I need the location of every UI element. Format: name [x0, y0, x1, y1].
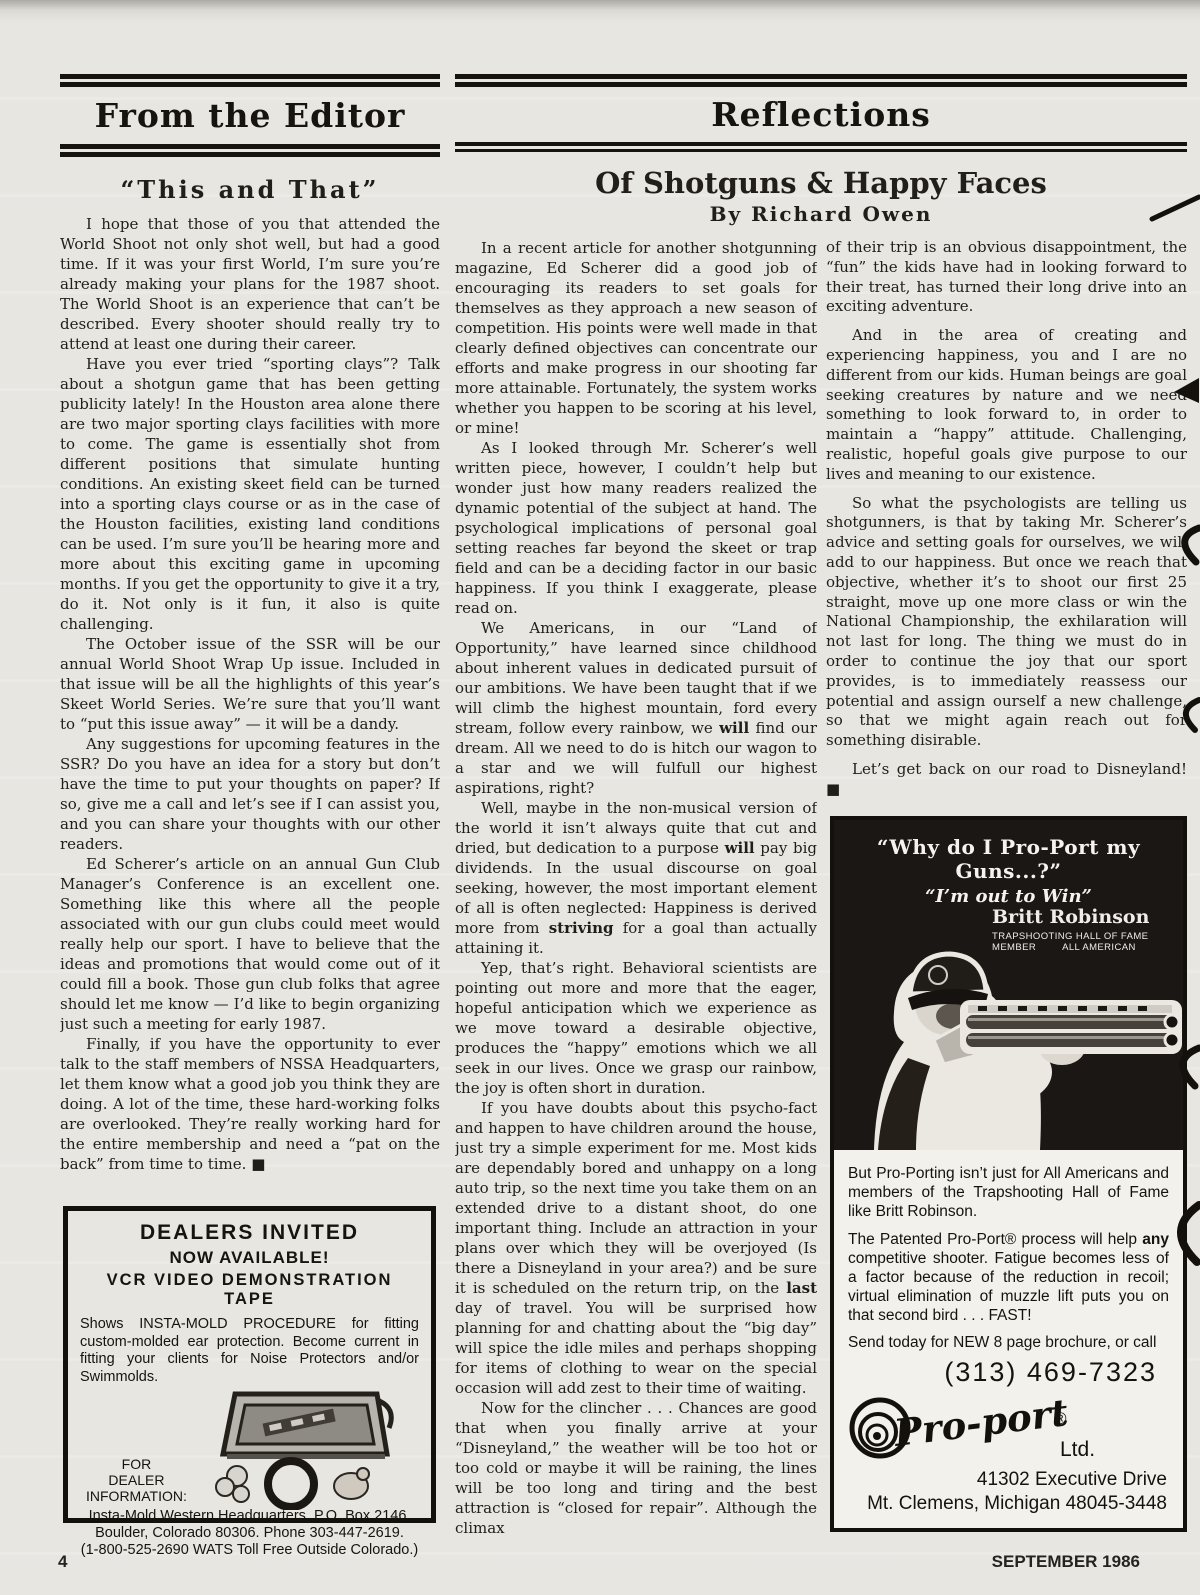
paragraph: of their trip is an obvious disappointme… — [826, 238, 1187, 317]
dealers-ad-body: Shows INSTA-MOLD PROCEDURE for fitting c… — [80, 1316, 419, 1386]
paragraph: So what the psychologists are telling us… — [826, 494, 1187, 751]
paragraph: In a recent article for another shotgunn… — [455, 238, 817, 438]
paragraph: But Pro-Porting isn’t just for All Ameri… — [848, 1164, 1169, 1221]
pro-port-address: 41302 Executive Drive Mt. Clemens, Michi… — [848, 1468, 1169, 1516]
pro-port-body: But Pro-Porting isn’t just for All Ameri… — [848, 1164, 1169, 1325]
paragraph: I hope that those of you that attended t… — [60, 214, 440, 354]
paragraph: Yep, that’s right. Behavioral scientists… — [455, 958, 817, 1098]
insta-mold-dealers-ad: DEALERS INVITED NOW AVAILABLE! VCR VIDEO… — [63, 1206, 436, 1523]
dealers-invited-heading: DEALERS INVITED — [80, 1221, 419, 1245]
magazine-page: From the Editor “This and That” I hope t… — [0, 0, 1200, 1595]
registered-mark: ® — [1054, 1409, 1067, 1428]
page-footer: 4 SEPTEMBER 1986 — [58, 1552, 1140, 1572]
paragraph: Insta-Mold Western Headquarters, P.O. Bo… — [80, 1508, 419, 1525]
paragraph: If you have doubts about this psycho-fac… — [455, 1098, 817, 1398]
editor-article-body: I hope that those of you that attended t… — [60, 214, 440, 1174]
reflections-article-title: Of Shotguns & Happy Faces — [455, 166, 1187, 200]
paragraph: Finally, if you have the opportunity to … — [60, 1034, 440, 1174]
editor-article-title: “This and That” — [60, 175, 440, 204]
reflections-column-2: of their trip is an obvious disappointme… — [826, 238, 1187, 814]
phone-number: (313) 469-7323 — [848, 1357, 1169, 1388]
page-number: 4 — [58, 1552, 67, 1572]
dealers-ad-figure-row: FOR DEALER INFORMATION: — [80, 1386, 419, 1508]
paragraph: The October issue of the SSR will be our… — [60, 634, 440, 734]
paragraph: Boulder, Colorado 80306. Phone 303-447-2… — [80, 1525, 419, 1542]
reflections-header: Reflections Of Shotguns & Happy Faces By… — [455, 74, 1187, 226]
paragraph: Any suggestions for upcoming features in… — [60, 734, 440, 854]
byline: By Richard Owen — [455, 202, 1187, 226]
double-rule — [60, 74, 440, 87]
paragraph: Now for the clincher . . . Chances are g… — [455, 1398, 817, 1538]
paragraph: As I looked through Mr. Scherer’s well w… — [455, 438, 817, 618]
brochure-cta: Send today for NEW 8 page brochure, or c… — [848, 1334, 1169, 1352]
pro-port-logo-row: Pro-port ® Ltd. — [848, 1386, 1169, 1468]
issue-date: SEPTEMBER 1986 — [992, 1552, 1140, 1572]
paragraph: The Patented Pro-Port® process will help… — [848, 1230, 1169, 1325]
shooter-with-shotgun-image — [834, 920, 1183, 1150]
pro-port-ad: “Why do I Pro-Port my Guns...?” “I’m out… — [830, 816, 1187, 1532]
pro-port-headline: “Why do I Pro-Port my Guns...?” — [834, 835, 1183, 883]
vcr-tape-heading: VCR VIDEO DEMONSTRATION TAPE — [80, 1271, 419, 1309]
editor-section-title: From the Editor — [60, 96, 440, 135]
reflections-column-1: In a recent article for another shotgunn… — [455, 238, 817, 1548]
address-line-2: Mt. Clemens, Michigan 48045-3448 — [848, 1492, 1167, 1516]
insta-mold-product-image — [179, 1388, 409, 1510]
logo-ltd: Ltd. — [1060, 1438, 1095, 1461]
paragraph: Ed Scherer’s article on an annual Gun Cl… — [60, 854, 440, 1034]
britt-robinson-photo: “Why do I Pro-Port my Guns...?” “I’m out… — [834, 820, 1183, 1150]
pro-port-subheadline: “I’m out to Win” — [834, 886, 1183, 907]
now-available-heading: NOW AVAILABLE! — [80, 1248, 419, 1268]
double-rule — [60, 144, 440, 157]
paragraph: We Americans, in our “Land of Opportunit… — [455, 618, 817, 798]
for-dealer-information-label: FOR DEALER INFORMATION: — [86, 1456, 187, 1504]
reflections-section-title: Reflections — [455, 95, 1187, 134]
double-rule — [455, 142, 1187, 152]
from-the-editor-section: From the Editor “This and That” I hope t… — [60, 74, 440, 1174]
pro-port-logo: Pro-port ® Ltd. — [848, 1386, 1108, 1468]
paragraph: Have you ever tried “sporting clays”? Ta… — [60, 354, 440, 634]
address-line-1: 41302 Executive Drive — [848, 1468, 1167, 1492]
paragraph: Well, maybe in the non-musical version o… — [455, 798, 817, 958]
paragraph: Let’s get back on our road to Disneyland… — [826, 760, 1187, 800]
paragraph: And in the area of creating and experien… — [826, 326, 1187, 484]
logo-wordmark: Pro-port — [891, 1390, 1071, 1455]
double-rule — [455, 74, 1187, 87]
pro-port-ad-text: But Pro-Porting isn’t just for All Ameri… — [834, 1150, 1183, 1516]
